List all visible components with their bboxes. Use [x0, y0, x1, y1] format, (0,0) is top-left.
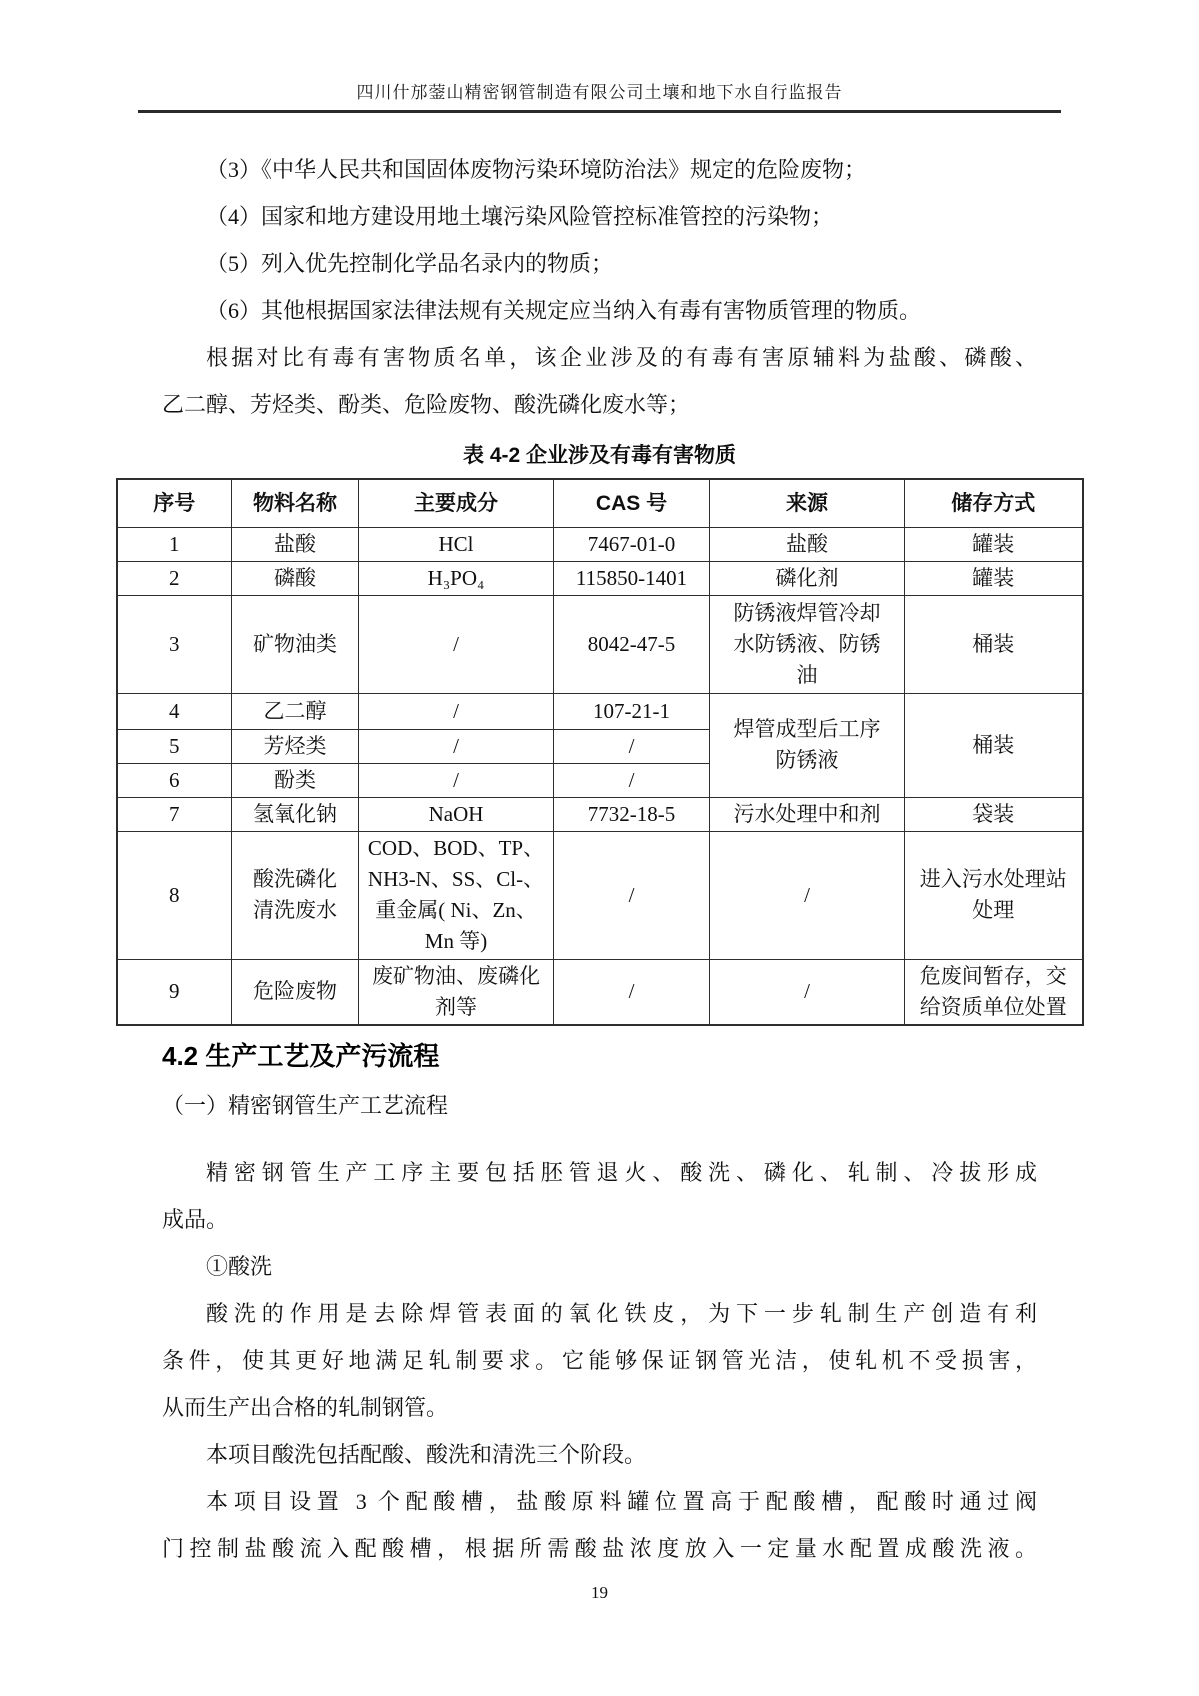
table-caption: 表 4-2 企业涉及有毒有害物质 [0, 442, 1199, 470]
table-row: 7 氢氧化钠 NaOH 7732-18-5 污水处理中和剂 袋装 [117, 797, 1083, 831]
cell-r1-name: 盐酸 [232, 527, 359, 561]
cell-r7-cas: 7732-18-5 [554, 797, 710, 831]
cell-r2-name: 磷酸 [232, 561, 359, 595]
running-header: 四川什邡蓥山精密钢管制造有限公司土壤和地下水自行监报告 [138, 0, 1061, 113]
header-cell-storage: 储存方式 [905, 479, 1083, 527]
paragraph-line: ①酸洗 [162, 1243, 1037, 1290]
cell-r3-source: 防锈液焊管冷却 水防锈液、防锈 油 [710, 595, 905, 693]
intro-paragraph-line-1: 根据对比有毒有害物质名单，该企业涉及的有毒有害原辅料为盐酸、磷酸、 [162, 334, 1037, 381]
cell-r4-name: 乙二醇 [232, 693, 359, 729]
cell-r4-cas: 107-21-1 [554, 693, 710, 729]
cell-r3-component: / [359, 595, 554, 693]
cell-r5-no: 5 [117, 729, 232, 763]
list-item-4: （4）国家和地方建设用地土壤污染风险管控标准管控的污染物； [162, 193, 1037, 240]
paragraph-line: 条件，使其更好地满足轧制要求。它能够保证钢管光洁，使轧机不受损害， [162, 1337, 1037, 1384]
cell-r9-name: 危险废物 [232, 959, 359, 1025]
paragraph-line: 本项目设置 3 个配酸槽，盐酸原料罐位置高于配酸槽，配酸时通过阀 [162, 1478, 1037, 1525]
cell-r1-no: 1 [117, 527, 232, 561]
table-row: 2 磷酸 H₃PO₄ 115850-1401 磷化剂 罐装 [117, 561, 1083, 595]
cell-r9-cas: / [554, 959, 710, 1025]
section-heading-4-2: 4.2 生产工艺及产污流程 [162, 1036, 1037, 1076]
cell-r5-name: 芳烃类 [232, 729, 359, 763]
table-row: 8 酸洗磷化 清洗废水 COD、BOD、TP、 NH3-N、SS、Cl-、 重金… [117, 831, 1083, 959]
cell-r7-source: 污水处理中和剂 [710, 797, 905, 831]
list-item-5: （5）列入优先控制化学品名录内的物质； [162, 240, 1037, 287]
cell-r5-cas: / [554, 729, 710, 763]
header-cell-source: 来源 [710, 479, 905, 527]
header-cell-component: 主要成分 [359, 479, 554, 527]
cell-r3-no: 3 [117, 595, 232, 693]
cell-r1-cas: 7467-01-0 [554, 527, 710, 561]
header-cell-index: 序号 [117, 479, 232, 527]
cell-r7-no: 7 [117, 797, 232, 831]
table-header-row: 序号 物料名称 主要成分 CAS 号 来源 储存方式 [117, 479, 1083, 527]
paragraph-line: 本项目酸洗包括配酸、酸洗和清洗三个阶段。 [162, 1431, 1037, 1478]
cell-r9-component: 废矿物油、废磷化 剂等 [359, 959, 554, 1025]
header-cell-cas: CAS 号 [554, 479, 710, 527]
table-row: 9 危险废物 废矿物油、废磷化 剂等 / / 危废间暂存，交 给资质单位处置 [117, 959, 1083, 1025]
cell-r8-storage: 进入污水处理站 处理 [905, 831, 1083, 959]
cell-r6-component: / [359, 763, 554, 797]
table-row: 1 盐酸 HCl 7467-01-0 盐酸 罐装 [117, 527, 1083, 561]
paragraph-line: 成品。 [162, 1196, 1037, 1243]
cell-r3-name: 矿物油类 [232, 595, 359, 693]
cell-r7-storage: 袋装 [905, 797, 1083, 831]
cell-r6-cas: / [554, 763, 710, 797]
cell-r4-no: 4 [117, 693, 232, 729]
intro-block: （3）《中华人民共和国固体废物污染环境防治法》规定的危险废物； （4）国家和地方… [162, 146, 1037, 428]
cell-r9-source: / [710, 959, 905, 1025]
paragraph-line: 酸洗的作用是去除焊管表面的氧化铁皮，为下一步轧制生产创造有利 [162, 1290, 1037, 1337]
cell-r2-cas: 115850-1401 [554, 561, 710, 595]
paragraph-line: 从而生产出合格的轧制钢管。 [162, 1384, 1037, 1431]
cell-r8-component: COD、BOD、TP、 NH3-N、SS、Cl-、 重金属( Ni、Zn、 Mn… [359, 831, 554, 959]
cell-r1-component: HCl [359, 527, 554, 561]
cell-r9-no: 9 [117, 959, 232, 1025]
document-page: 四川什邡蓥山精密钢管制造有限公司土壤和地下水自行监报告 （3）《中华人民共和国固… [0, 0, 1199, 1696]
toxic-substances-table: 序号 物料名称 主要成分 CAS 号 来源 储存方式 1 盐酸 HCl 7467… [116, 478, 1084, 1026]
cell-r9-storage: 危废间暂存，交 给资质单位处置 [905, 959, 1083, 1025]
intro-paragraph-line-2: 乙二醇、芳烃类、酚类、危险废物、酸洗磷化废水等； [162, 381, 1037, 428]
cell-r2-component: H₃PO₄ [359, 561, 554, 595]
cell-r8-name: 酸洗磷化 清洗废水 [232, 831, 359, 959]
cell-r4-r6-source-merged: 焊管成型后工序 防锈液 [710, 693, 905, 797]
cell-r4-r6-storage-merged: 桶装 [905, 693, 1083, 797]
cell-r6-no: 6 [117, 763, 232, 797]
cell-r4-component: / [359, 693, 554, 729]
cell-r2-no: 2 [117, 561, 232, 595]
running-header-title: 四川什邡蓥山精密钢管制造有限公司土壤和地下水自行监报告 [357, 83, 843, 102]
cell-r2-storage: 罐装 [905, 561, 1083, 595]
cell-r8-source: / [710, 831, 905, 959]
table-row: 4 乙二醇 / 107-21-1 焊管成型后工序 防锈液 桶装 [117, 693, 1083, 729]
list-item-3: （3）《中华人民共和国固体废物污染环境防治法》规定的危险废物； [162, 146, 1037, 193]
cell-r8-cas: / [554, 831, 710, 959]
cell-r8-no: 8 [117, 831, 232, 959]
cell-r1-source: 盐酸 [710, 527, 905, 561]
paragraph-line: 精密钢管生产工序主要包括胚管退火、酸洗、磷化、轧制、冷拔形成 [162, 1149, 1037, 1196]
cell-r1-storage: 罐装 [905, 527, 1083, 561]
list-item-6: （6）其他根据国家法律法规有关规定应当纳入有毒有害物质管理的物质。 [162, 287, 1037, 334]
cell-r3-storage: 桶装 [905, 595, 1083, 693]
section-subheading: （一）精密钢管生产工艺流程 [162, 1082, 1037, 1129]
table-row: 3 矿物油类 / 8042-47-5 防锈液焊管冷却 水防锈液、防锈 油 桶装 [117, 595, 1083, 693]
header-cell-material: 物料名称 [232, 479, 359, 527]
section-body: 精密钢管生产工序主要包括胚管退火、酸洗、磷化、轧制、冷拔形成 成品。 ①酸洗 酸… [162, 1149, 1037, 1572]
cell-r7-component: NaOH [359, 797, 554, 831]
cell-r3-cas: 8042-47-5 [554, 595, 710, 693]
cell-r2-source: 磷化剂 [710, 561, 905, 595]
cell-r6-name: 酚类 [232, 763, 359, 797]
cell-r7-name: 氢氧化钠 [232, 797, 359, 831]
paragraph-line: 门控制盐酸流入配酸槽，根据所需酸盐浓度放入一定量水配置成酸洗液。 [162, 1525, 1037, 1572]
page-number: 19 [0, 1578, 1199, 1608]
cell-r5-component: / [359, 729, 554, 763]
